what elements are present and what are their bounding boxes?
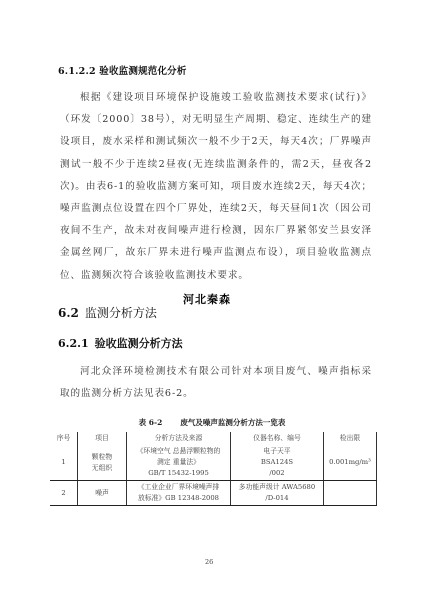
cell-no: 2 (50, 481, 78, 506)
header-limit: 检出限 (324, 432, 377, 445)
header-instrument: 仪器名称、编号 (231, 432, 324, 445)
paragraph-analysis-methods: 河北众泽环境检测技术有限公司针对本项目废气、噪声指标采取的监测分析方法见表6-2… (60, 361, 372, 405)
section-number: 6.1.2.2 (58, 66, 96, 77)
watermark-text: 河北秦森 (183, 291, 231, 307)
section-number: 6.2.1 (58, 337, 89, 350)
cell-instrument: 电子天平 BSA124S /002 (231, 445, 324, 481)
cell-method: 《工业企业厂界环境噪声排 放标准》GB 12348-2008 (127, 481, 231, 506)
section-heading-6-1-2-2: 6.1.2.2 验收监测规范化分析 (58, 63, 187, 77)
cell-instrument: 多功能声级计 AWA5680 /D-014 (231, 481, 324, 506)
table-caption-number: 表 6-2 (139, 418, 163, 427)
table-caption: 表 6-2废气及噪声监测分析方法一览表 (0, 417, 424, 428)
header-item: 项目 (78, 432, 127, 445)
section-heading-6-2: 6.2监测分析方法 (58, 304, 157, 321)
section-heading-6-2-1: 6.2.1验收监测分析方法 (58, 335, 183, 351)
cell-no: 1 (50, 445, 78, 481)
document-page: 6.1.2.2 验收监测规范化分析 根据《建设项目环境保护设施竣工验收监测技术要… (0, 0, 424, 600)
table-header-row: 序号 项目 分析方法及来源 仪器名称、编号 检出限 (50, 432, 377, 445)
section-title: 监测分析方法 (85, 306, 157, 320)
methods-table: 序号 项目 分析方法及来源 仪器名称、编号 检出限 1 颗粒物 无组织 《环境空… (50, 432, 377, 506)
page-number: 26 (205, 558, 213, 566)
table-row: 1 颗粒物 无组织 《环境空气 总悬浮颗粒物的 测定 重量法》 GB/T 154… (50, 445, 377, 481)
cell-limit: 0.001mg/m³ (324, 445, 377, 481)
header-method: 分析方法及来源 (127, 432, 231, 445)
cell-method: 《环境空气 总悬浮颗粒物的 测定 重量法》 GB/T 15432-1995 (127, 445, 231, 481)
cell-item: 颗粒物 无组织 (78, 445, 127, 481)
paragraph-monitoring-norms: 根据《建设项目环境保护设施竣工验收监测技术要求(试行)》（环发〔2000〕38号… (60, 87, 372, 287)
table-caption-title: 废气及噪声监测分析方法一览表 (180, 418, 285, 427)
section-number: 6.2 (58, 306, 79, 320)
section-title: 验收监测分析方法 (95, 337, 183, 350)
section-title: 验收监测规范化分析 (99, 66, 186, 77)
table-row: 2 噪声 《工业企业厂界环境噪声排 放标准》GB 12348-2008 多功能声… (50, 481, 377, 506)
cell-limit (324, 481, 377, 506)
cell-item: 噪声 (78, 481, 127, 506)
header-no: 序号 (50, 432, 78, 445)
